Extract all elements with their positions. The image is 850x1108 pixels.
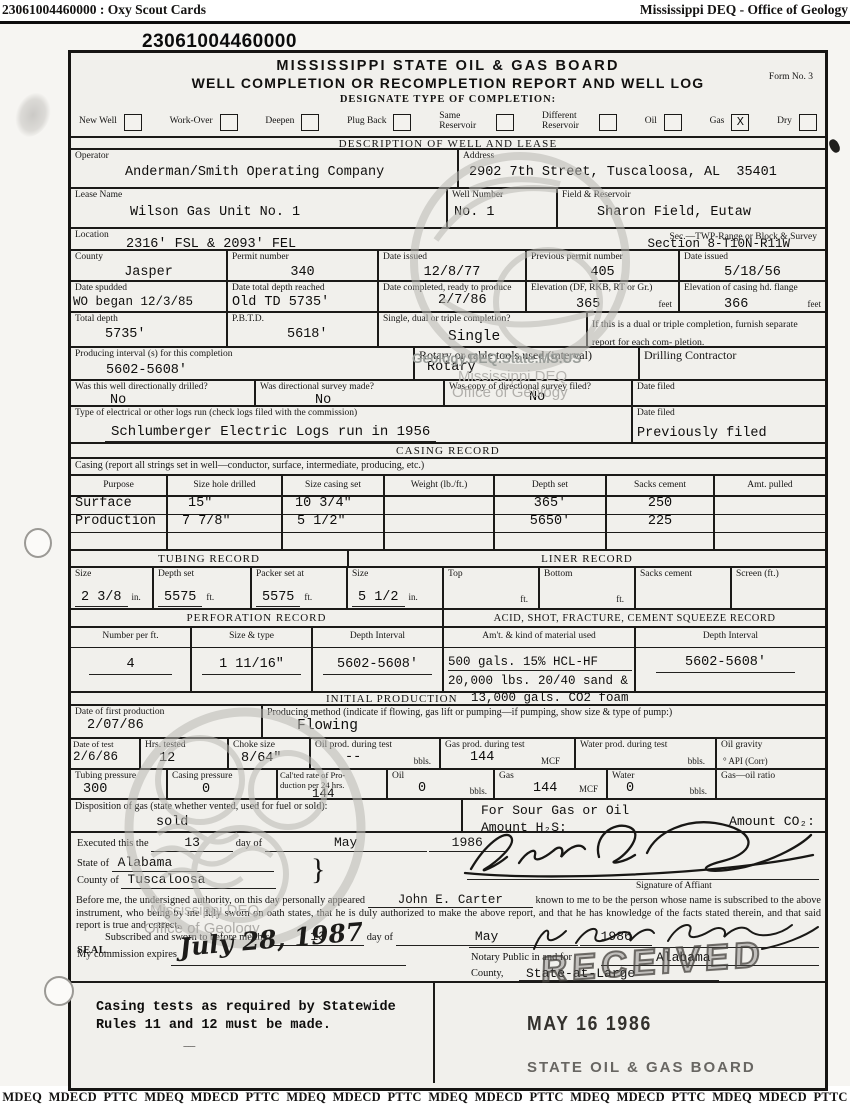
perf-number-field: Number per ft.4 bbox=[71, 628, 192, 691]
date-td-field: Date total depth reachedOld TD 5735' bbox=[228, 282, 379, 311]
pressure-row: Tubing pressure300 Casing pressure0 Cal'… bbox=[71, 770, 825, 800]
executed-month: May bbox=[265, 835, 427, 852]
completion-type-same-reservoir: Same Reservoir bbox=[439, 112, 514, 132]
completion-type-deepen: Deepen bbox=[265, 114, 319, 131]
notary-signature bbox=[526, 915, 826, 957]
casing-note: Casing (report all strings set in well—c… bbox=[75, 460, 821, 471]
liner-record-heading: LINER RECORD bbox=[349, 551, 825, 566]
directionally-drilled-field: Was this well directionally drilled?No bbox=[71, 381, 256, 405]
county-of-line: County of Tuscaloosa bbox=[77, 872, 276, 889]
producing-method-field: Producing method (indicate if flowing, g… bbox=[263, 706, 825, 737]
date-spudded-value: WO began 12/3/85 bbox=[73, 296, 222, 310]
date-td-value: Old TD 5735' bbox=[232, 296, 373, 311]
tools-value: Rotary bbox=[427, 361, 634, 376]
calculated-rate-field: Cal'ted rate of Pro-duction per 24 hrs.1… bbox=[278, 770, 388, 798]
operator-field: Operator Anderman/Smith Operating Compan… bbox=[71, 150, 459, 187]
form-number: Form No. 3 bbox=[769, 72, 813, 82]
casing-note-row: Casing (report all strings set in well—c… bbox=[71, 459, 825, 476]
commission-underline bbox=[171, 965, 406, 966]
total-depth-row: Total depth5735' P.B.T.D.5618' Single, d… bbox=[71, 313, 825, 348]
casing-row-blank bbox=[71, 533, 825, 551]
dual-completion-note: If this is a dual or triple completion, … bbox=[588, 313, 825, 346]
producing-interval-field: Producing interval (s) for this completi… bbox=[71, 348, 415, 379]
directionally-drilled-value: No bbox=[110, 394, 250, 405]
test-row: Date of test2/6/86 Hrs. tested12 Choke s… bbox=[71, 739, 825, 770]
acid-depth-value: 5602-5608' bbox=[656, 656, 795, 673]
date-completed-field: Date completed, ready to produce2/7/86 bbox=[379, 282, 527, 311]
lease-name-field: Lease Name Wilson Gas Unit No. 1 bbox=[71, 189, 448, 227]
previous-permit-field: Previous permit number405 bbox=[527, 251, 680, 280]
previous-permit-value: 405 bbox=[531, 266, 674, 280]
logs-run-value: Schlumberger Electric Logs run in 1956 bbox=[105, 425, 436, 442]
tubing-pressure-field: Tubing pressure300 bbox=[71, 770, 168, 798]
date-issued-value: 12/8/77 bbox=[383, 266, 521, 280]
well-completion-form: MISSISSIPPI STATE OIL & GAS BOARD WELL C… bbox=[68, 50, 828, 1091]
print-header: 23061004460000 : Oxy Scout Cards Mississ… bbox=[0, 0, 850, 22]
producing-interval-row: Producing interval (s) for this completi… bbox=[71, 348, 825, 381]
gas-checkbox-checked: X bbox=[731, 114, 749, 131]
casing-tests-note-box: Casing tests as required by Statewide Ru… bbox=[71, 983, 435, 1083]
location-value: 2316' FSL & 2093' FEL bbox=[126, 238, 296, 249]
designate-heading: DESIGNATE TYPE OF COMPLETION: bbox=[71, 94, 825, 105]
casing-tests-note-line2: Rules 11 and 12 must be made. bbox=[96, 1019, 331, 1034]
state-of-value: Alabama bbox=[112, 855, 274, 872]
perf-size-type-value: 1 11/16" bbox=[202, 658, 301, 675]
tubing-liner-header-row: TUBING RECORD LINER RECORD bbox=[71, 551, 825, 568]
different-reservoir-checkbox bbox=[599, 114, 617, 131]
operator-value: Anderman/Smith Operating Company bbox=[125, 166, 453, 181]
attestation-section: Executed this the 13 day of May 1986 Sta… bbox=[71, 833, 825, 981]
casing-table: Purpose Size hole drilled Size casing se… bbox=[71, 476, 825, 551]
tubing-size-field: Size2 3/8 in. bbox=[71, 568, 154, 608]
liner-screen-field: Screen (ft.) bbox=[732, 568, 825, 608]
oil-rate-field: Oil0bbls. bbox=[388, 770, 495, 798]
state-of-line: State of Alabama bbox=[77, 855, 274, 872]
pbtd-field: P.B.T.D.5618' bbox=[228, 313, 379, 346]
perf-acid-header-row: PERFORATION RECORD ACID, SHOT, FRACTURE,… bbox=[71, 610, 825, 628]
lease-row: Lease Name Wilson Gas Unit No. 1 Well Nu… bbox=[71, 189, 825, 229]
affiant-typed-name: John E. Carter bbox=[368, 893, 533, 908]
executed-line: Executed this the 13 day of May 1986 bbox=[77, 835, 505, 852]
completion-type-work-over: Work-Over bbox=[170, 114, 238, 131]
total-depth-field: Total depth5735' bbox=[71, 313, 228, 346]
producing-method-value: Flowing bbox=[297, 719, 821, 735]
oil-gravity-field: Oil gravity° API (Corr) bbox=[717, 739, 825, 768]
casing-pressure-field: Casing pressure0 bbox=[168, 770, 278, 798]
oil-prod-test-field: Oil prod. during test--bbls. bbox=[311, 739, 441, 768]
directional-row: Was this well directionally drilled?No W… bbox=[71, 381, 825, 407]
deepen-checkbox bbox=[301, 114, 319, 131]
board-title: MISSISSIPPI STATE OIL & GAS BOARD bbox=[71, 58, 825, 74]
tubing-liner-fields-row: Size2 3/8 in. Depth set5575 ft. Packer s… bbox=[71, 568, 825, 610]
completion-type-new-well: New Well bbox=[79, 114, 142, 131]
gas-disposition-field: Disposition of gas (state whether vented… bbox=[71, 800, 463, 833]
executed-day: 13 bbox=[151, 835, 233, 852]
acid-depth-field: Depth Interval5602-5608' bbox=[636, 628, 825, 691]
acid-material-line1: 500 gals. 15% HCL-HF bbox=[448, 656, 632, 671]
print-footer: MDEQ MDECD PTTC MDEQ MDECD PTTC MDEQ MDE… bbox=[0, 1090, 850, 1105]
county-of-value: Tuscaloosa bbox=[121, 872, 276, 889]
report-title: WELL COMPLETION OR RECOMPLETION REPORT A… bbox=[71, 75, 825, 91]
gas-prod-test-field: Gas prod. during test144MCF bbox=[441, 739, 576, 768]
perf-depth-value: 5602-5608' bbox=[323, 658, 432, 675]
commission-line: My commission expires bbox=[77, 949, 177, 960]
test-date-field: Date of test2/6/86 bbox=[71, 739, 141, 768]
gas-disposition-value: sold bbox=[150, 816, 194, 833]
description-heading: DESCRIPTION OF WELL AND LEASE bbox=[71, 136, 825, 150]
perf-size-type-field: Size & type1 11/16" bbox=[192, 628, 313, 691]
survey-copy-filed-value: No bbox=[529, 391, 627, 405]
liner-sacks-field: Sacks cement bbox=[636, 568, 732, 608]
well-number-value: No. 1 bbox=[454, 206, 552, 221]
notary-county-value: State-at-Large bbox=[526, 966, 635, 981]
stamp-date: MAY 16 1986 bbox=[527, 1013, 652, 1036]
logs-run-field: Type of electrical or other logs run (ch… bbox=[71, 407, 633, 442]
first-production-row: Date of first production2/07/86 Producin… bbox=[71, 706, 825, 739]
permit-number-value: 340 bbox=[232, 266, 373, 280]
notary-county-line: County, bbox=[471, 968, 504, 979]
flange-elevation-field: Elevation of casing hd. flange366feet bbox=[680, 282, 825, 311]
date-filed-field: Date filed bbox=[633, 381, 825, 405]
completion-type-dry: Dry bbox=[777, 114, 817, 131]
first-production-value: 2/07/86 bbox=[87, 719, 257, 734]
field-reservoir-field: Field & Reservoir Sharon Field, Eutaw bbox=[558, 189, 825, 227]
completion-type-different-reservoir: Different Reservoir bbox=[542, 112, 617, 132]
survey-copy-filed-field: Was copy of directional survey filed?No bbox=[445, 381, 633, 405]
perf-number-value: 4 bbox=[89, 658, 172, 675]
permit-row: CountyJasper Permit number340 Date issue… bbox=[71, 251, 825, 282]
directional-survey-field: Was directional survey made?No bbox=[256, 381, 445, 405]
logs-date-filed-field: Date filedPreviously filed bbox=[633, 407, 825, 442]
punch-hole-lower bbox=[44, 976, 74, 1006]
completion-question-field: Single, dual or triple completion?Single bbox=[379, 313, 588, 346]
producing-interval-value: 5602-5608' bbox=[100, 364, 193, 379]
signature-of-affiant-label: Signature of Affiant bbox=[636, 881, 712, 891]
hours-tested-field: Hrs. tested12 bbox=[141, 739, 229, 768]
casing-row-surface: Surface 15" 10 3/4" 365' 250 bbox=[71, 497, 825, 515]
casing-record-heading: CASING RECORD bbox=[71, 444, 825, 459]
completion-type-oil: Oil bbox=[645, 114, 682, 131]
total-depth-value: 5735' bbox=[105, 328, 222, 343]
completion-type-gas: GasX bbox=[710, 114, 750, 131]
initial-production-heading: INITIAL PRODUCTION bbox=[326, 693, 458, 704]
tubing-depth-set-field: Depth set5575 ft. bbox=[154, 568, 252, 608]
pencil-dashes: ----- bbox=[183, 1041, 195, 1052]
liner-size-field: Size5 1/2 in. bbox=[348, 568, 444, 608]
location-row: Location 2316' FSL & 2093' FEL Sec.—TWP-… bbox=[71, 229, 825, 251]
affiant-signature bbox=[461, 811, 821, 881]
logs-date-filed-value: Previously filed bbox=[637, 427, 821, 442]
date-issued-field: Date issued12/8/77 bbox=[379, 251, 527, 280]
new-well-checkbox bbox=[124, 114, 142, 131]
perf-depth-field: Depth Interval5602-5608' bbox=[313, 628, 444, 691]
completion-type-plug-back: Plug Back bbox=[347, 114, 411, 131]
gas-rate-field: Gas144MCF bbox=[495, 770, 608, 798]
previous-date-issued-value: 5/18/56 bbox=[684, 266, 821, 280]
county-value: Jasper bbox=[75, 266, 222, 280]
previous-date-issued-field: Date issued5/18/56 bbox=[680, 251, 825, 280]
permit-number-field: Permit number340 bbox=[228, 251, 379, 280]
perforation-record-heading: PERFORATION RECORD bbox=[71, 610, 444, 626]
stamp-board-name: STATE OIL & GAS BOARD bbox=[527, 1059, 756, 1076]
dates-elevation-row: Date spuddedWO began 12/3/85 Date total … bbox=[71, 282, 825, 313]
lease-name-value: Wilson Gas Unit No. 1 bbox=[130, 206, 442, 221]
flange-elevation-value: 366 bbox=[724, 298, 748, 311]
gas-oil-ratio-field: Gas—oil ratio bbox=[717, 770, 825, 798]
first-production-field: Date of first production2/07/86 bbox=[71, 706, 263, 737]
field-reservoir-value: Sharon Field, Eutaw bbox=[597, 206, 821, 221]
address-field: Address 2902 7th Street, Tuscaloosa, AL … bbox=[459, 150, 825, 187]
pbtd-value: 5618' bbox=[287, 328, 373, 343]
plug-back-checkbox bbox=[393, 114, 411, 131]
date-spudded-field: Date spuddedWO began 12/3/85 bbox=[71, 282, 228, 311]
scanned-well-report-page: { "page": { "header_left": "230610044600… bbox=[0, 0, 850, 1108]
completion-type-row: New Well Work-Over Deepen Plug Back Same… bbox=[79, 107, 817, 137]
elevation-value: 365 bbox=[576, 298, 600, 311]
bottom-boxes: Casing tests as required by Statewide Ru… bbox=[71, 981, 825, 1083]
elevation-field: Elevation (DF, RKB, RT or Gr.)365feet bbox=[527, 282, 680, 311]
oil-checkbox bbox=[664, 114, 682, 131]
dry-checkbox bbox=[799, 114, 817, 131]
casing-tests-note-line1: Casing tests as required by Statewide bbox=[96, 1001, 396, 1016]
acid-material-field: Am't. & kind of material used500 gals. 1… bbox=[444, 628, 636, 691]
operator-address-row: Operator Anderman/Smith Operating Compan… bbox=[71, 150, 825, 189]
same-reservoir-checkbox bbox=[496, 114, 514, 131]
liner-bottom-field: Bottomft. bbox=[540, 568, 636, 608]
work-over-checkbox bbox=[220, 114, 238, 131]
choke-size-field: Choke size8/64" bbox=[229, 739, 311, 768]
punch-hole bbox=[24, 528, 52, 558]
acid-record-heading: ACID, SHOT, FRACTURE, CEMENT SQUEEZE REC… bbox=[444, 610, 825, 626]
tools-field: Rotary or cable tools used (interval)Rot… bbox=[415, 348, 640, 379]
address-value: 2902 7th Street, Tuscaloosa, AL 35401 bbox=[469, 166, 821, 181]
header-right-title: Mississippi DEQ - Office of Geology bbox=[640, 2, 848, 18]
acid-material-line2: 20,000 lbs. 20/40 sand & bbox=[448, 675, 632, 689]
county-field: CountyJasper bbox=[71, 251, 228, 280]
stamp-box: MAY 16 1986 STATE OIL & GAS BOARD bbox=[435, 983, 825, 1083]
acid-material-line3: 13,000 gals. CO2 foam bbox=[471, 693, 629, 704]
initial-production-row: INITIAL PRODUCTION 13,000 gals. CO2 foam bbox=[71, 693, 825, 706]
water-rate-field: Water0bbls. bbox=[608, 770, 717, 798]
perf-acid-fields-row: Number per ft.4 Size & type1 11/16" Dept… bbox=[71, 628, 825, 693]
survey-value: Section 8-T10N-R11W bbox=[647, 238, 790, 249]
location-field: Location 2316' FSL & 2093' FEL Sec.—TWP-… bbox=[71, 229, 825, 249]
header-left-title: 23061004460000 : Oxy Scout Cards bbox=[2, 2, 206, 18]
tubing-record-heading: TUBING RECORD bbox=[71, 551, 349, 566]
directional-survey-value: No bbox=[315, 394, 439, 405]
brace-glyph: } bbox=[311, 853, 325, 887]
liner-top-field: Topft. bbox=[444, 568, 540, 608]
water-prod-test-field: Water prod. during testbbls. bbox=[576, 739, 717, 768]
logs-row: Type of electrical or other logs run (ch… bbox=[71, 407, 825, 444]
date-completed-value: 2/7/86 bbox=[438, 294, 521, 309]
well-number-field: Well Number No. 1 bbox=[448, 189, 558, 227]
casing-row-production: Production 7 7/8" 5 1/2" 5650' 225 bbox=[71, 515, 825, 533]
tubing-packer-field: Packer set at5575 ft. bbox=[252, 568, 348, 608]
completion-question-value: Single bbox=[448, 330, 582, 346]
drilling-contractor-field: Drilling Contractor bbox=[640, 348, 825, 379]
